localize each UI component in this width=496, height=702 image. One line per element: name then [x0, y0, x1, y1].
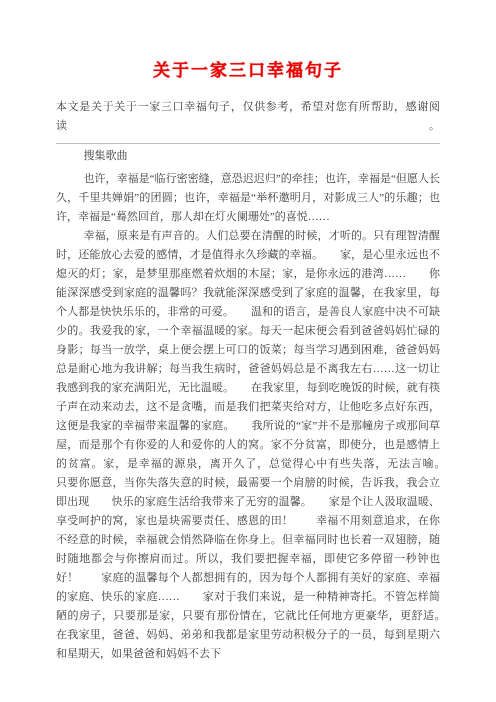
page-title: 关于一家三口幸福句子 — [56, 59, 440, 83]
intro-text: 本文是关于关于一家三口幸福句子，仅供参考，希望对您有所帮助，感谢阅读。 — [56, 98, 440, 136]
body-paragraph-2: 幸福，原来是有声音的。人们总要在清醒的时候，才听的。只有理智清醒时，还能放心去爱… — [56, 227, 440, 664]
section-label: 搜集歌曲 — [56, 147, 440, 166]
document-page: 关于一家三口幸福句子 本文是关于关于一家三口幸福句子，仅供参考，希望对您有所帮助… — [56, 0, 440, 664]
divider — [56, 143, 440, 144]
document-viewport: { "document": { "title": "关于一家三口幸福句子", "… — [0, 0, 496, 702]
body-paragraph-1: 也许，幸福是“临行密密缝，意恐迟迟归”的牵挂；也许，幸福是“但愿人长久，千里共婵… — [56, 170, 440, 227]
